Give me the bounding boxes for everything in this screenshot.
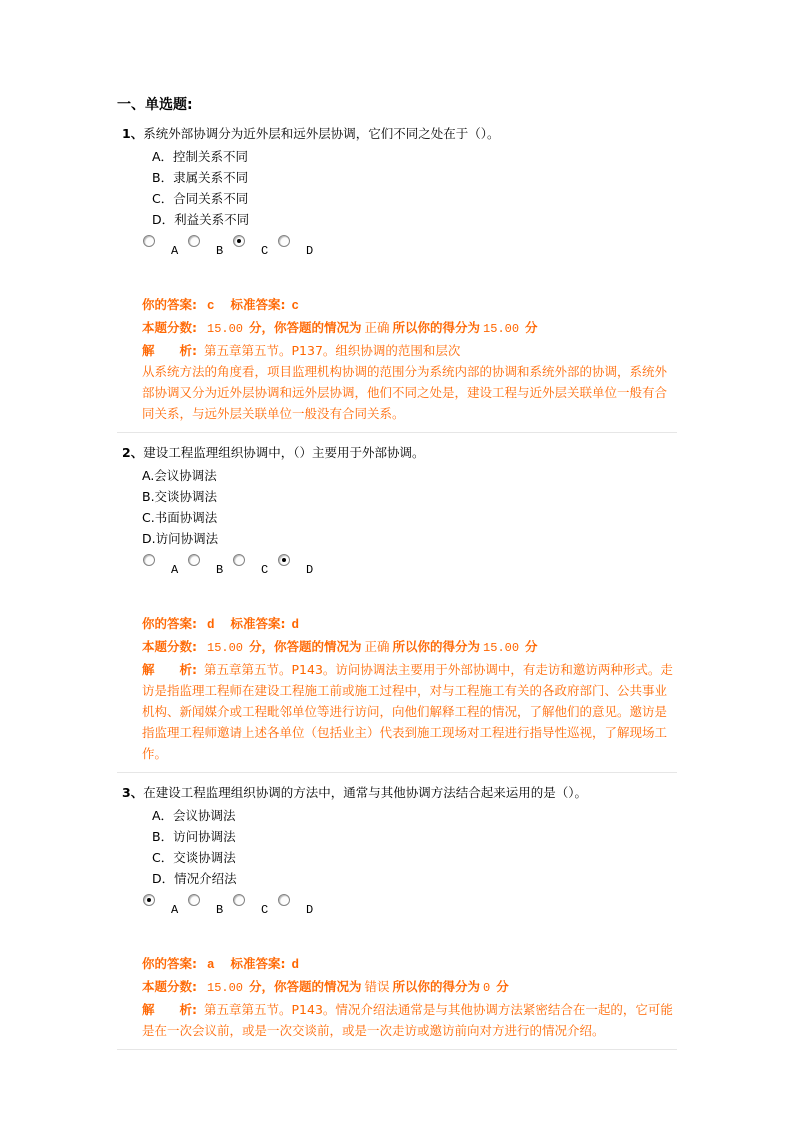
radio-button-b[interactable] [188, 894, 200, 906]
section-title: 一、单选题: [117, 96, 677, 114]
radio-button-b[interactable] [188, 235, 200, 247]
radio-label-b: B [216, 563, 223, 577]
analysis-text: 第五章第五节。P137。组织协调的范围和层次 [204, 343, 460, 358]
radio-label-a: A [171, 244, 178, 258]
analysis-line: 解 析:第五章第五节。P143。情况介绍法通常是与其他协调方法紧密结合在一起的，… [142, 999, 677, 1041]
score-unit-label: 分 [525, 320, 538, 335]
option-a: A．会议协调法 [152, 805, 677, 826]
score-mid-label: 分，你答题的情况为 [249, 639, 362, 654]
radio-group: A B C D [143, 234, 677, 264]
score-tail-label: 所以你的得分为 [393, 320, 481, 335]
answer-block: 你的答案:d标准答案:d 本题分数:15.00 分，你答题的情况为正确所以你的得… [117, 613, 677, 764]
your-answer-value: c [207, 299, 215, 313]
score-tail-label: 所以你的得分为 [393, 639, 481, 654]
score-points: 15.00 [207, 981, 243, 995]
answer-line: 你的答案:c标准答案:c [142, 294, 677, 317]
question-text: 建设工程监理组织协调中，（）主要用于外部协调。 [143, 445, 424, 460]
exam-page: 一、单选题: 1、系统外部协调分为近外层和远外层协调，它们不同之处在于（）。 A… [0, 0, 794, 1050]
radio-label-c: C [261, 244, 268, 258]
gained-points: 15.00 [483, 641, 519, 655]
score-label: 本题分数: [142, 979, 197, 994]
score-label: 本题分数: [142, 320, 197, 335]
option-d: D．利益关系不同 [152, 209, 677, 230]
answer-block: 你的答案:a标准答案:d 本题分数:15.00 分，你答题的情况为错误所以你的得… [117, 953, 677, 1041]
divider [117, 1049, 677, 1050]
radio-button-c[interactable] [233, 554, 245, 566]
radio-option-c: C [233, 234, 278, 264]
radio-option-a: A [143, 553, 188, 583]
analysis-line: 解 析:第五章第五节。P137。组织协调的范围和层次 [142, 340, 677, 361]
score-points: 15.00 [207, 641, 243, 655]
analysis-label: 解 析: [142, 662, 197, 677]
answer-block: 你的答案:c标准答案:c 本题分数:15.00 分，你答题的情况为正确所以你的得… [117, 294, 677, 424]
option-c: C.书面协调法 [142, 507, 677, 528]
option-d: D.访问协调法 [142, 528, 677, 549]
answer-line: 你的答案:d标准答案:d [142, 613, 677, 636]
your-answer-value: a [207, 958, 215, 972]
radio-label-d: D [306, 244, 313, 258]
radio-option-d: D [278, 893, 323, 923]
analysis-label: 解 析: [142, 1002, 197, 1017]
radio-option-b: B [188, 234, 233, 264]
score-line: 本题分数:15.00 分，你答题的情况为错误所以你的得分为0 分 [142, 976, 677, 999]
options-list: A.会议协调法 B.交谈协调法 C.书面协调法 D.访问协调法 [117, 465, 677, 549]
radio-label-d: D [306, 563, 313, 577]
option-a: A．控制关系不同 [152, 146, 677, 167]
question-title-3: 3、在建设工程监理组织协调的方法中，通常与其他协调方法结合起来运用的是（）。 [117, 782, 677, 803]
standard-answer-label: 标准答案: [231, 297, 286, 312]
score-line: 本题分数:15.00 分，你答题的情况为正确所以你的得分为15.00 分 [142, 317, 677, 340]
radio-button-c[interactable] [233, 235, 245, 247]
question-block-2: 2、建设工程监理组织协调中，（）主要用于外部协调。 A.会议协调法 B.交谈协调… [117, 442, 677, 764]
radio-button-a[interactable] [143, 894, 155, 906]
standard-answer-value: d [292, 958, 300, 972]
question-number: 1、 [122, 126, 143, 141]
option-a: A.会议协调法 [142, 465, 677, 486]
score-mid-label: 分，你答题的情况为 [249, 979, 362, 994]
radio-button-d[interactable] [278, 894, 290, 906]
radio-button-a[interactable] [143, 554, 155, 566]
divider [117, 772, 677, 773]
radio-label-c: C [261, 903, 268, 917]
option-b: B.交谈协调法 [142, 486, 677, 507]
option-b: B．访问协调法 [152, 826, 677, 847]
radio-label-a: A [171, 563, 178, 577]
gained-points: 0 [483, 981, 490, 995]
radio-option-c: C [233, 553, 278, 583]
radio-option-d: D [278, 234, 323, 264]
question-text: 在建设工程监理组织协调的方法中，通常与其他协调方法结合起来运用的是（）。 [143, 785, 587, 800]
standard-answer-label: 标准答案: [231, 956, 286, 971]
result-value: 正确 [365, 639, 390, 654]
gained-points: 15.00 [483, 322, 519, 336]
question-title-2: 2、建设工程监理组织协调中，（）主要用于外部协调。 [117, 442, 677, 463]
divider [117, 432, 677, 433]
analysis-label: 解 析: [142, 343, 197, 358]
radio-button-d[interactable] [278, 554, 290, 566]
question-block-3: 3、在建设工程监理组织协调的方法中，通常与其他协调方法结合起来运用的是（）。 A… [117, 782, 677, 1041]
question-title-1: 1、系统外部协调分为近外层和远外层协调，它们不同之处在于（）。 [117, 123, 677, 144]
radio-group: A B C D [143, 893, 677, 923]
score-label: 本题分数: [142, 639, 197, 654]
radio-group: A B C D [143, 553, 677, 583]
question-block-1: 1、系统外部协调分为近外层和远外层协调，它们不同之处在于（）。 A．控制关系不同… [117, 123, 677, 424]
option-c: C．合同关系不同 [152, 188, 677, 209]
analysis-line: 解 析:第五章第五节。P143。访问协调法主要用于外部协调中，有走访和邀访两种形… [142, 659, 677, 764]
option-d: D．情况介绍法 [152, 868, 677, 889]
radio-option-c: C [233, 893, 278, 923]
standard-answer-label: 标准答案: [231, 616, 286, 631]
radio-option-a: A [143, 893, 188, 923]
radio-option-b: B [188, 893, 233, 923]
your-answer-value: d [207, 618, 215, 632]
result-value: 正确 [365, 320, 390, 335]
option-c: C．交谈协调法 [152, 847, 677, 868]
radio-label-a: A [171, 903, 178, 917]
radio-label-d: D [306, 903, 313, 917]
radio-label-b: B [216, 244, 223, 258]
score-unit-label: 分 [525, 639, 538, 654]
radio-button-b[interactable] [188, 554, 200, 566]
question-text: 系统外部协调分为近外层和远外层协调，它们不同之处在于（）。 [143, 126, 499, 141]
answer-line: 你的答案:a标准答案:d [142, 953, 677, 976]
radio-option-a: A [143, 234, 188, 264]
result-value: 错误 [365, 979, 390, 994]
radio-label-b: B [216, 903, 223, 917]
question-number: 2、 [122, 445, 143, 460]
radio-button-c[interactable] [233, 894, 245, 906]
radio-option-b: B [188, 553, 233, 583]
standard-answer-value: d [292, 618, 300, 632]
analysis-body: 从系统方法的角度看，项目监理机构协调的范围分为系统内部的协调和系统外部的协调，系… [142, 361, 677, 424]
score-points: 15.00 [207, 322, 243, 336]
radio-option-d: D [278, 553, 323, 583]
score-line: 本题分数:15.00 分，你答题的情况为正确所以你的得分为15.00 分 [142, 636, 677, 659]
score-unit-label: 分 [496, 979, 509, 994]
option-b: B．隶属关系不同 [152, 167, 677, 188]
question-number: 3、 [122, 785, 143, 800]
your-answer-label: 你的答案: [142, 616, 197, 631]
score-mid-label: 分，你答题的情况为 [249, 320, 362, 335]
options-list: A．控制关系不同 B．隶属关系不同 C．合同关系不同 D．利益关系不同 [117, 146, 677, 230]
radio-button-a[interactable] [143, 235, 155, 247]
your-answer-label: 你的答案: [142, 956, 197, 971]
your-answer-label: 你的答案: [142, 297, 197, 312]
analysis-text: 第五章第五节。P143。情况介绍法通常是与其他协调方法紧密结合在一起的，它可能是… [142, 1002, 673, 1038]
radio-label-c: C [261, 563, 268, 577]
standard-answer-value: c [292, 299, 300, 313]
score-tail-label: 所以你的得分为 [393, 979, 481, 994]
options-list: A．会议协调法 B．访问协调法 C．交谈协调法 D．情况介绍法 [117, 805, 677, 889]
radio-button-d[interactable] [278, 235, 290, 247]
analysis-text: 第五章第五节。P143。访问协调法主要用于外部协调中，有走访和邀访两种形式。走访… [142, 662, 673, 761]
